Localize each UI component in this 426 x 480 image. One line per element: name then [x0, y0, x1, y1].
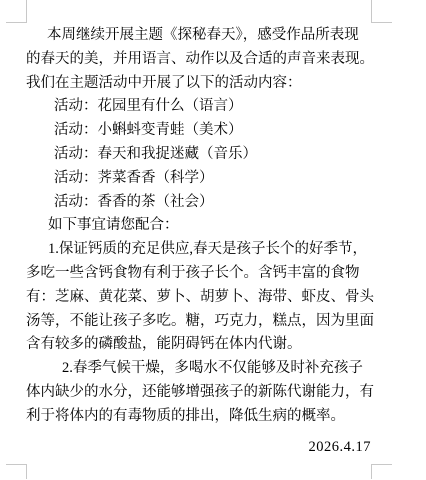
- paragraphs-container: 本周继续开展主题《探秘春天》，感受作品所表现的春天的美，并用语言、动作以及合适的…: [26, 24, 371, 429]
- text-line: 我们在主题活动中开展了以下的活动内容：: [26, 72, 371, 96]
- paragraph-request-heading: 如下事宜请您配合：: [26, 214, 371, 238]
- text-line: 体内缺少的水分，还能够增强孩子的新陈代谢能力，有: [26, 381, 371, 405]
- text-line: 利于将体内的有毒物质的排出，降低生病的概率。: [26, 405, 371, 429]
- margin-crop-mark-top-left: [6, 0, 27, 23]
- paragraph-tip-2-water: 2.春季气候干燥，多喝水不仅能够及时补充孩子体内缺少的水分，还能够增强孩子的新陈…: [26, 357, 371, 428]
- text-line: 活动：香香的茶（社会）: [26, 191, 371, 215]
- text-line: 的春天的美，并用语言、动作以及合适的声音来表现。: [26, 48, 371, 72]
- margin-crop-mark-top-right: [371, 0, 392, 23]
- document-body: 本周继续开展主题《探秘春天》，感受作品所表现的春天的美，并用语言、动作以及合适的…: [26, 24, 371, 459]
- text-line: 1.保证钙质的充足供应,春天是孩子长个的好季节，: [26, 238, 371, 262]
- text-line: 活动：花园里有什么（语言）: [26, 95, 371, 119]
- text-line: 本周继续开展主题《探秘春天》，感受作品所表现: [26, 24, 371, 48]
- paragraph-activities: 活动：花园里有什么（语言）活动：小蝌蚪变青蛙（美术）活动：春天和我捉迷藏（音乐）…: [26, 95, 371, 214]
- text-line: 含有较多的磷酸盐，能阴碍钙在体内代谢。: [26, 333, 371, 357]
- document-date: 2026.4.17: [26, 436, 371, 460]
- text-line: 2.春季气候干燥，多喝水不仅能够及时补充孩子: [26, 357, 371, 381]
- text-line: 活动：荠菜香香（科学）: [26, 167, 371, 191]
- text-line: 多吃一些含钙食物有利于孩子长个。含钙丰富的食物: [26, 262, 371, 286]
- text-line: 活动：小蝌蚪变青蛙（美术）: [26, 119, 371, 143]
- text-line: 汤等，不能让孩子多吃。糖，巧克力，糕点，因为里面: [26, 310, 371, 334]
- paragraph-tip-1-calcium: 1.保证钙质的充足供应,春天是孩子长个的好季节，多吃一些含钙食物有利于孩子长个。…: [26, 238, 371, 357]
- margin-crop-mark-bottom-left: [6, 464, 27, 479]
- paragraph-intro: 本周继续开展主题《探秘春天》，感受作品所表现的春天的美，并用语言、动作以及合适的…: [26, 24, 371, 95]
- margin-crop-mark-bottom-right: [371, 464, 392, 479]
- text-line: 有：芝麻、黄花菜、萝卜、胡萝卜、海带、虾皮、骨头: [26, 286, 371, 310]
- text-line: 活动：春天和我捉迷藏（音乐）: [26, 143, 371, 167]
- text-line: 如下事宜请您配合：: [26, 214, 371, 238]
- document-page: 本周继续开展主题《探秘春天》，感受作品所表现的春天的美，并用语言、动作以及合适的…: [0, 0, 426, 480]
